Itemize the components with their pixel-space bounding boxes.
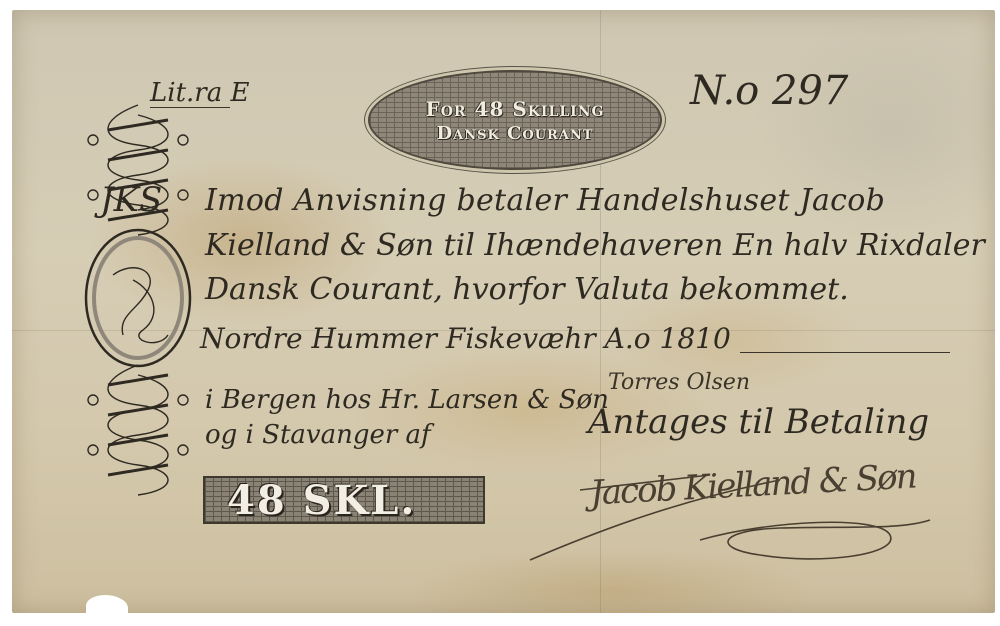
payable-line-1: i Bergen hos Hr. Larsen & Søn [205, 385, 609, 415]
letter-label: Lit.ra E [150, 78, 249, 108]
acceptance-signer: Torres Olsen [608, 370, 750, 395]
body-line-1: Imod Anvisning betaler Handelshuset Jaco… [205, 183, 885, 218]
oval-line-2: Dansk Courant [437, 123, 594, 144]
date-underline [740, 352, 950, 353]
monogram: JKS [100, 180, 162, 220]
payable-line-2: og i Stavanger af [205, 420, 431, 450]
denomination-box: 48 SKL. [203, 476, 485, 524]
oval-line-1: For 48 Skilling [426, 97, 605, 121]
body-line-4: Nordre Hummer Fiskevæhr A.o 1810 [200, 322, 731, 355]
serial-number: N.o 297 [690, 68, 848, 114]
signature-flourish-icon [520, 460, 940, 580]
body-line-3: Dansk Courant, hvorfor Valuta bekommet. [205, 272, 849, 307]
acceptance-text: Antages til Betaling [588, 402, 929, 442]
torn-edge [86, 595, 128, 619]
body-line-2: Kielland & Søn til Ihændehaveren En halv… [205, 228, 985, 263]
denomination-label: 48 SKL. [227, 477, 416, 524]
letter-underline [150, 107, 230, 108]
header-oval: For 48 Skilling Dansk Courant [368, 70, 662, 170]
ornamental-border-icon [78, 100, 198, 500]
